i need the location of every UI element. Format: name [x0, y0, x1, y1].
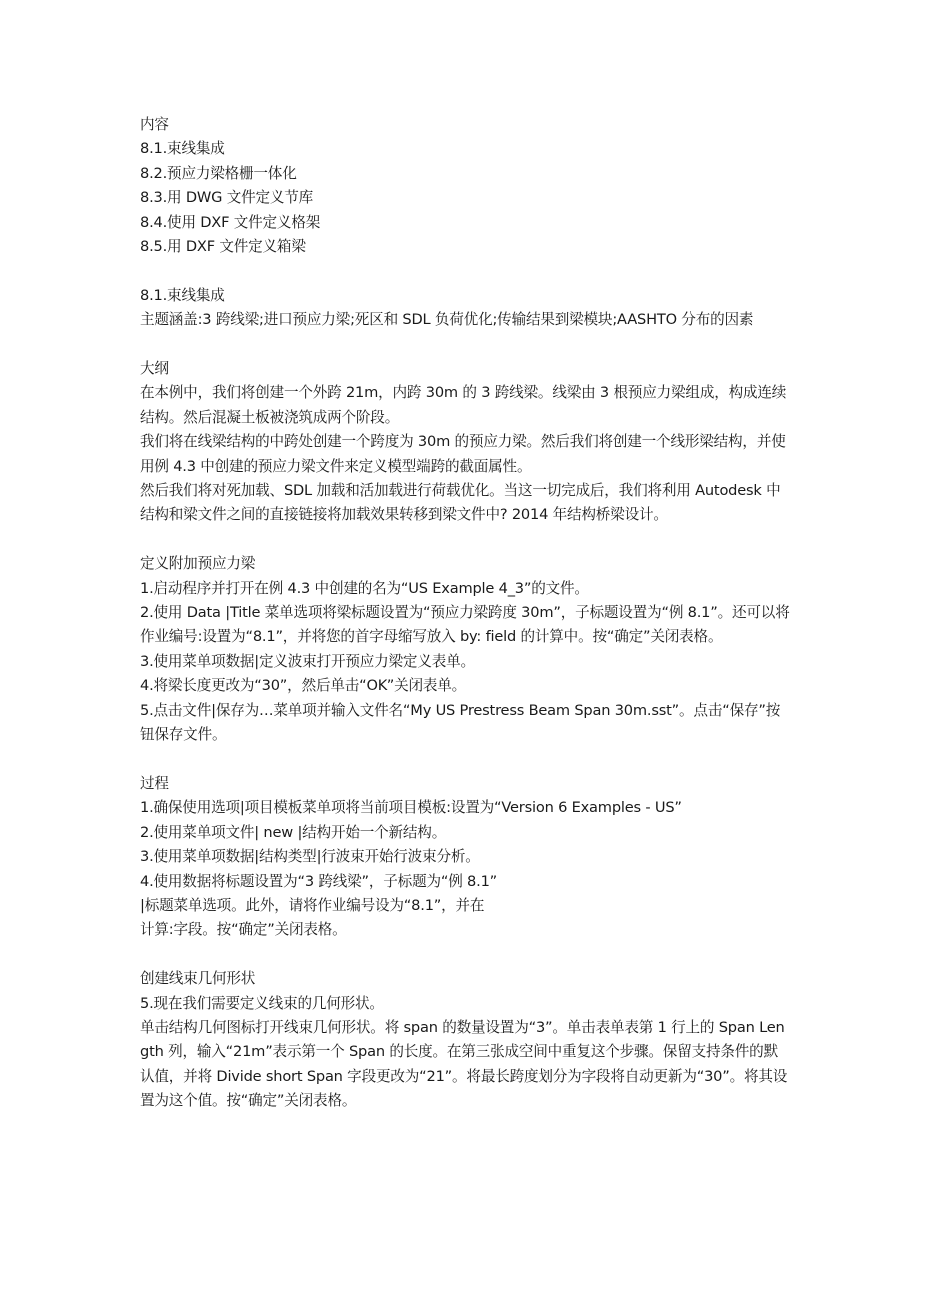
- step-paragraph: 5.点击文件|保存为…菜单项并输入文件名“My US Prestress Bea…: [140, 699, 790, 748]
- step-paragraph: 3.使用菜单项数据|定义波束打开预应力梁定义表单。: [140, 650, 790, 674]
- document-page: 内容 8.1.束线集成 8.2.预应力梁格栅一体化 8.3.用 DWG 文件定义…: [140, 113, 790, 1114]
- toc-item: 8.2.预应力梁格栅一体化: [140, 162, 790, 186]
- toc-heading: 内容: [140, 113, 790, 137]
- toc-item: 8.4.使用 DXF 文件定义格架: [140, 211, 790, 235]
- step-paragraph: 1.确保使用选项|项目模板菜单项将当前项目模板:设置为“Version 6 Ex…: [140, 796, 790, 820]
- step-paragraph: 2.使用 Data |Title 菜单选项将梁标题设置为“预应力梁跨度 30m”…: [140, 601, 790, 650]
- toc-item: 8.3.用 DWG 文件定义节库: [140, 186, 790, 210]
- section-title: 8.1.束线集成: [140, 284, 790, 308]
- outline-paragraph: 我们将在线梁结构的中跨处创建一个跨度为 30m 的预应力梁。然后我们将创建一个线…: [140, 430, 790, 479]
- step-paragraph: |标题菜单选项。此外，请将作业编号设为“8.1”，并在: [140, 894, 790, 918]
- step-paragraph: 4.使用数据将标题设置为“3 跨线梁”，子标题为“例 8.1”: [140, 870, 790, 894]
- define-beam-section: 定义附加预应力梁 1.启动程序并打开在例 4.3 中创建的名为“US Examp…: [140, 552, 790, 747]
- table-of-contents: 内容 8.1.束线集成 8.2.预应力梁格栅一体化 8.3.用 DWG 文件定义…: [140, 113, 790, 259]
- process-section: 过程 1.确保使用选项|项目模板菜单项将当前项目模板:设置为“Version 6…: [140, 772, 790, 943]
- outline-paragraph: 在本例中，我们将创建一个外跨 21m，内跨 30m 的 3 跨线梁。线梁由 3 …: [140, 381, 790, 430]
- toc-item: 8.1.束线集成: [140, 137, 790, 161]
- step-paragraph: 2.使用菜单项文件| new |结构开始一个新结构。: [140, 821, 790, 845]
- geometry-section: 创建线束几何形状 5.现在我们需要定义线束的几何形状。 单击结构几何图标打开线束…: [140, 967, 790, 1113]
- outline-paragraph: 然后我们将对死加载、SDL 加载和活加载进行荷载优化。当这一切完成后，我们将利用…: [140, 479, 790, 528]
- step-paragraph: 5.现在我们需要定义线束的几何形状。: [140, 992, 790, 1016]
- step-paragraph: 计算:字段。按“确定”关闭表格。: [140, 918, 790, 942]
- section-8-1: 8.1.束线集成 主题涵盖:3 跨线梁;进口预应力梁;死区和 SDL 负荷优化;…: [140, 284, 790, 333]
- step-paragraph: 1.启动程序并打开在例 4.3 中创建的名为“US Example 4_3”的文…: [140, 577, 790, 601]
- step-paragraph: 单击结构几何图标打开线束几何形状。将 span 的数量设置为“3”。单击表单表第…: [140, 1016, 790, 1114]
- outline-heading: 大纲: [140, 357, 790, 381]
- topics-paragraph: 主题涵盖:3 跨线梁;进口预应力梁;死区和 SDL 负荷优化;传输结果到梁模块;…: [140, 308, 790, 332]
- step-paragraph: 3.使用菜单项数据|结构类型|行波束开始行波束分析。: [140, 845, 790, 869]
- geometry-heading: 创建线束几何形状: [140, 967, 790, 991]
- process-heading: 过程: [140, 772, 790, 796]
- step-paragraph: 4.将梁长度更改为“30”，然后单击“OK”关闭表单。: [140, 674, 790, 698]
- outline-section: 大纲 在本例中，我们将创建一个外跨 21m，内跨 30m 的 3 跨线梁。线梁由…: [140, 357, 790, 528]
- define-beam-heading: 定义附加预应力梁: [140, 552, 790, 576]
- toc-item: 8.5.用 DXF 文件定义箱梁: [140, 235, 790, 259]
